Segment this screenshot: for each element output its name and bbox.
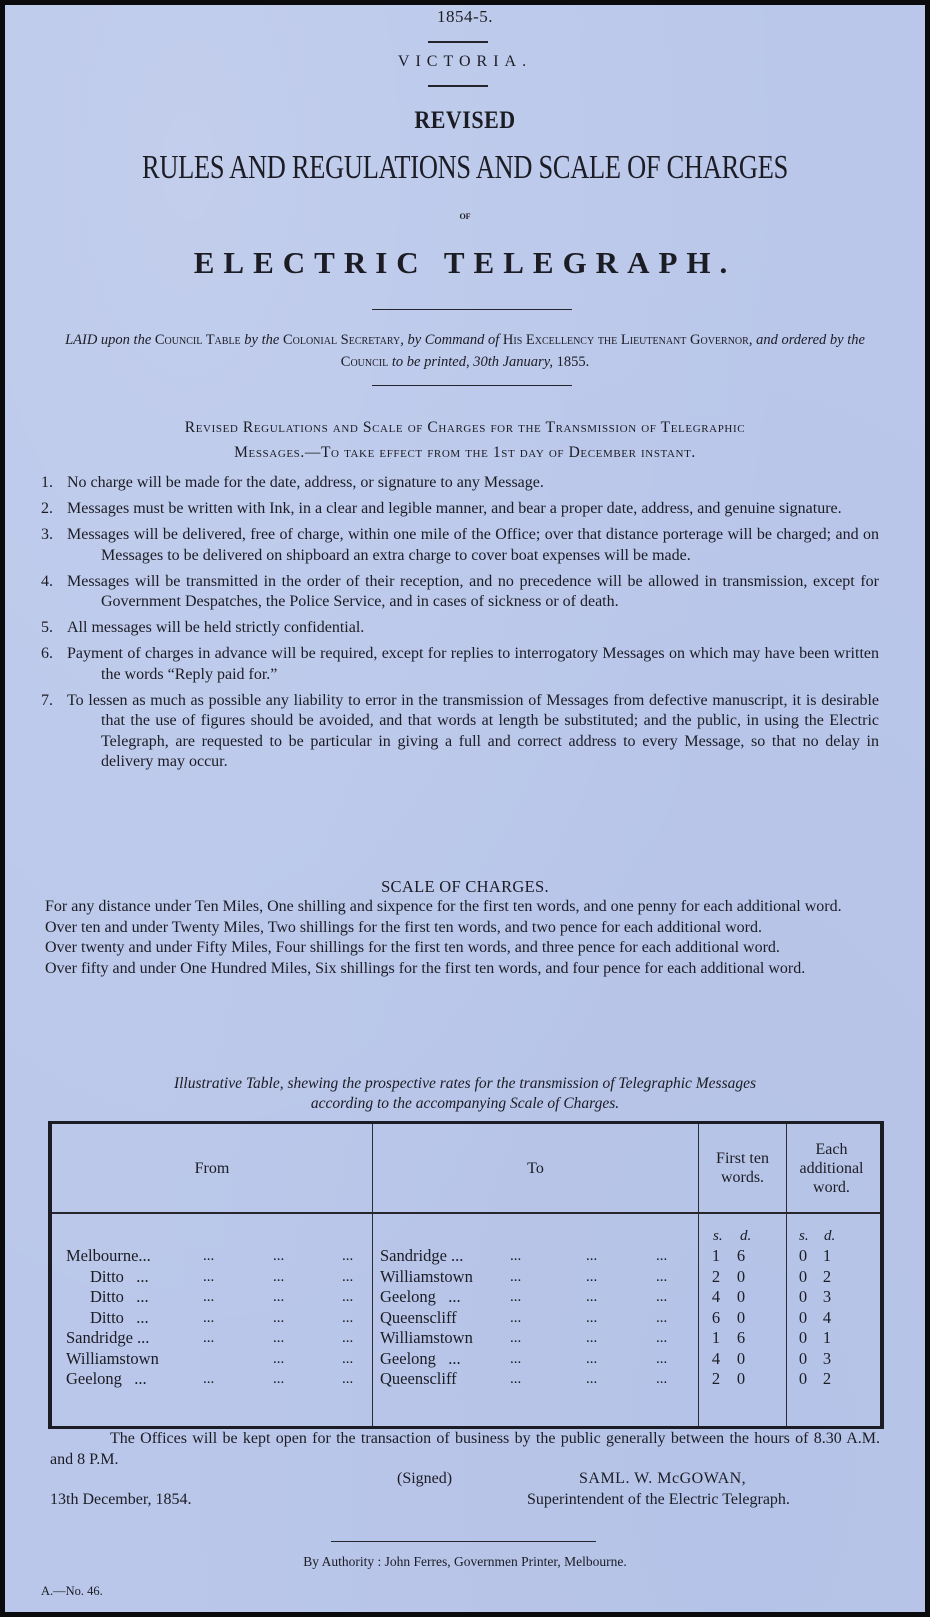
rule-text: To lessen as much as possible any liabil… [67, 692, 879, 771]
rule-text: Messages will be transmitted in the orde… [67, 573, 879, 611]
leader-dots: ... [273, 1308, 284, 1329]
additional-pence: 4 [818, 1308, 836, 1329]
rule-item: 3.Messages will be delivered, free of ch… [41, 525, 879, 566]
first-ten-shillings: 2 [707, 1369, 725, 1390]
laid-upon-notice: LAID upon the Council Table by the Colon… [5, 329, 925, 373]
office-hours-notice: The Offices will be kept open for the tr… [50, 1429, 880, 1470]
additional-shillings: 0 [794, 1349, 812, 1370]
first-ten-pence: 6 [732, 1328, 750, 1349]
leader-dots: ... [656, 1308, 667, 1329]
divider [331, 1541, 596, 1542]
signatory-title: Superintendent of the Electric Telegraph… [527, 1491, 790, 1509]
additional-pence: 1 [818, 1246, 836, 1267]
laid-text: Council [341, 354, 388, 370]
leader-dots: ... [342, 1287, 353, 1308]
leader-dots: ... [656, 1369, 667, 1390]
printer-imprint: By Authority : John Ferres, Governmen Pr… [5, 1554, 925, 1570]
first-ten-shillings: 1 [707, 1246, 725, 1267]
charge-item: For any distance under Ten Miles, One sh… [45, 897, 879, 918]
leader-dots: ... [510, 1267, 521, 1288]
divider [428, 85, 488, 87]
caption-line: Illustrative Table, shewing the prospect… [5, 1074, 925, 1094]
caption-line: according to the accompanying Scale of C… [5, 1094, 925, 1114]
leader-dots: ... [273, 1267, 284, 1288]
rule-item: 5.All messages will be held strictly con… [41, 618, 879, 639]
to-cell: Geelong ... [380, 1287, 461, 1308]
rule-number: 1. [41, 473, 67, 494]
leader-dots: ... [342, 1349, 353, 1370]
rule-number: 4. [41, 572, 67, 593]
laid-text: by the [241, 332, 283, 348]
additional-pence: 2 [818, 1267, 836, 1288]
scale-of-charges-list: For any distance under Ten Miles, One sh… [45, 897, 879, 979]
leader-dots: ... [586, 1287, 597, 1308]
to-cell: Williamstown [380, 1328, 473, 1349]
scale-of-charges-heading: SCALE OF CHARGES. [5, 877, 925, 897]
rule-item: 4.Messages will be transmitted in the or… [41, 572, 879, 613]
leader-dots: ... [273, 1287, 284, 1308]
first-ten-shillings: 1 [707, 1328, 725, 1349]
column-header-first-ten-words: First ten words. [699, 1124, 786, 1212]
from-cell: Ditto ... [90, 1287, 149, 1308]
to-cell: Williamstown [380, 1267, 473, 1288]
to-cell: Sandridge ... [380, 1246, 463, 1267]
rule-item: 7.To lessen as much as possible any liab… [41, 691, 879, 773]
rule-text: Messages will be delivered, free of char… [67, 526, 879, 564]
first-ten-pence: 0 [732, 1369, 750, 1390]
leader-dots: ... [203, 1287, 214, 1308]
first-ten-shillings: 4 [707, 1349, 725, 1370]
rates-table: From To First ten words. Each additional… [48, 1121, 884, 1429]
leader-dots: ... [510, 1349, 521, 1370]
regulations-heading-line: Revised Regulations and Scale of Charges… [5, 415, 925, 440]
leader-dots: ... [342, 1328, 353, 1349]
rule-number: 7. [41, 691, 67, 712]
laid-text: Council Table [155, 332, 241, 348]
rule-text: All messages will be held strictly confi… [67, 619, 364, 636]
from-cell: Sandridge ... [66, 1328, 149, 1349]
leader-dots: ... [586, 1328, 597, 1349]
leader-dots: ... [273, 1349, 284, 1370]
leader-dots: ... [342, 1267, 353, 1288]
leader-dots: ... [510, 1246, 521, 1267]
first-ten-pence: 6 [732, 1246, 750, 1267]
rule-item: 6.Payment of charges in advance will be … [41, 644, 879, 685]
first-ten-pence: 0 [732, 1308, 750, 1329]
leader-dots: ... [203, 1246, 214, 1267]
leader-dots: ... [656, 1246, 667, 1267]
leader-dots: ... [203, 1267, 214, 1288]
leader-dots: ... [342, 1246, 353, 1267]
rules-list: 1.No charge will be made for the date, a… [41, 473, 879, 778]
laid-text: His Excellency the Lieutenant Governor [503, 332, 749, 348]
unit-shillings: s. [713, 1228, 723, 1245]
laid-text: to be printed, 30th January, [388, 354, 553, 370]
charge-item: Over ten and under Twenty Miles, Two shi… [45, 918, 879, 939]
first-ten-shillings: 2 [707, 1267, 725, 1288]
leader-dots: ... [273, 1369, 284, 1390]
leader-dots: ... [586, 1369, 597, 1390]
to-cell: Queenscliff [380, 1369, 457, 1390]
leader-dots: ... [342, 1308, 353, 1329]
rule-number: 5. [41, 618, 67, 639]
regulations-heading: Revised Regulations and Scale of Charges… [5, 415, 925, 465]
paper-number: A.—No. 46. [41, 1584, 103, 1599]
rule-text: Messages must be written with Ink, in a … [67, 500, 842, 517]
leader-dots: ... [510, 1328, 521, 1349]
rule-number: 6. [41, 644, 67, 665]
rule-item: 2.Messages must be written with Ink, in … [41, 499, 879, 520]
leader-dots: ... [656, 1267, 667, 1288]
rule-text: Payment of charges in advance will be re… [67, 645, 879, 683]
rule-item: 1.No charge will be made for the date, a… [41, 473, 879, 494]
additional-shillings: 0 [794, 1267, 812, 1288]
leader-dots: ... [510, 1308, 521, 1329]
leader-dots: ... [273, 1328, 284, 1349]
signed-label: (Signed) [397, 1470, 452, 1488]
additional-pence: 1 [818, 1328, 836, 1349]
first-ten-shillings: 6 [707, 1308, 725, 1329]
leader-dots: ... [656, 1328, 667, 1349]
unit-shillings: s. [799, 1228, 809, 1245]
laid-text: Colonial Secretary [283, 332, 400, 348]
document-page: 1854-5. VICTORIA. REVISED RULES AND REGU… [5, 5, 925, 1612]
laid-text: , and ordered by the [749, 332, 865, 348]
from-cell: Melbourne... [66, 1246, 151, 1267]
first-ten-pence: 0 [732, 1267, 750, 1288]
leader-dots: ... [586, 1308, 597, 1329]
laid-text: LAID [65, 332, 97, 348]
charge-item: Over fifty and under One Hundred Miles, … [45, 959, 879, 980]
additional-pence: 2 [818, 1369, 836, 1390]
to-cell: Geelong ... [380, 1349, 461, 1370]
revised-heading: REVISED [5, 105, 925, 135]
leader-dots: ... [586, 1246, 597, 1267]
document-title: RULES AND REGULATIONS AND SCALE OF CHARG… [60, 149, 870, 187]
leader-dots: ... [656, 1287, 667, 1308]
leader-dots: ... [203, 1369, 214, 1390]
column-header-each-additional-word: Each additional word. [787, 1124, 876, 1212]
from-cell: Williamstown [66, 1349, 159, 1370]
laid-text: 1855. [553, 354, 589, 370]
first-ten-pence: 0 [732, 1349, 750, 1370]
leader-dots: ... [586, 1349, 597, 1370]
column-header-from: From [52, 1124, 372, 1212]
leader-dots: ... [203, 1308, 214, 1329]
signatory-name: SAML. W. McGOWAN, [579, 1470, 746, 1488]
laid-text: upon the [97, 332, 155, 348]
additional-shillings: 0 [794, 1369, 812, 1390]
rule-text: No charge will be made for the date, add… [67, 474, 544, 491]
from-cell: Ditto ... [90, 1308, 149, 1329]
first-ten-pence: 0 [732, 1287, 750, 1308]
document-subject: ELECTRIC TELEGRAPH. [5, 245, 925, 281]
leader-dots: ... [510, 1369, 521, 1390]
header-divider [52, 1212, 880, 1214]
unit-pence: d. [824, 1228, 835, 1245]
document-date: 13th December, 1854. [50, 1491, 192, 1509]
divider [372, 309, 572, 310]
additional-shillings: 0 [794, 1308, 812, 1329]
leader-dots: ... [586, 1267, 597, 1288]
from-cell: Geelong ... [66, 1369, 147, 1390]
to-cell: Queenscliff [380, 1308, 457, 1329]
laid-text: , by Command of [400, 332, 503, 348]
rule-number: 3. [41, 525, 67, 546]
additional-shillings: 0 [794, 1328, 812, 1349]
divider [372, 385, 572, 386]
illustrative-table-caption: Illustrative Table, shewing the prospect… [5, 1074, 925, 1114]
additional-pence: 3 [818, 1349, 836, 1370]
colony-name: VICTORIA. [5, 53, 925, 71]
office-hours-text: The Offices will be kept open for the tr… [50, 1430, 880, 1468]
additional-shillings: 0 [794, 1246, 812, 1267]
leader-dots: ... [273, 1246, 284, 1267]
rule-number: 2. [41, 499, 67, 520]
title-connector: OF [5, 212, 925, 221]
additional-pence: 3 [818, 1287, 836, 1308]
divider [428, 41, 488, 43]
session-year: 1854-5. [5, 7, 925, 27]
leader-dots: ... [656, 1349, 667, 1370]
unit-pence: d. [740, 1228, 751, 1245]
column-header-to: To [373, 1124, 698, 1212]
first-ten-shillings: 4 [707, 1287, 725, 1308]
leader-dots: ... [203, 1328, 214, 1349]
charge-item: Over twenty and under Fifty Miles, Four … [45, 938, 879, 959]
leader-dots: ... [510, 1287, 521, 1308]
from-cell: Ditto ... [90, 1267, 149, 1288]
additional-shillings: 0 [794, 1287, 812, 1308]
leader-dots: ... [342, 1369, 353, 1390]
regulations-heading-line: Messages.—To take effect from the 1st da… [5, 440, 925, 465]
